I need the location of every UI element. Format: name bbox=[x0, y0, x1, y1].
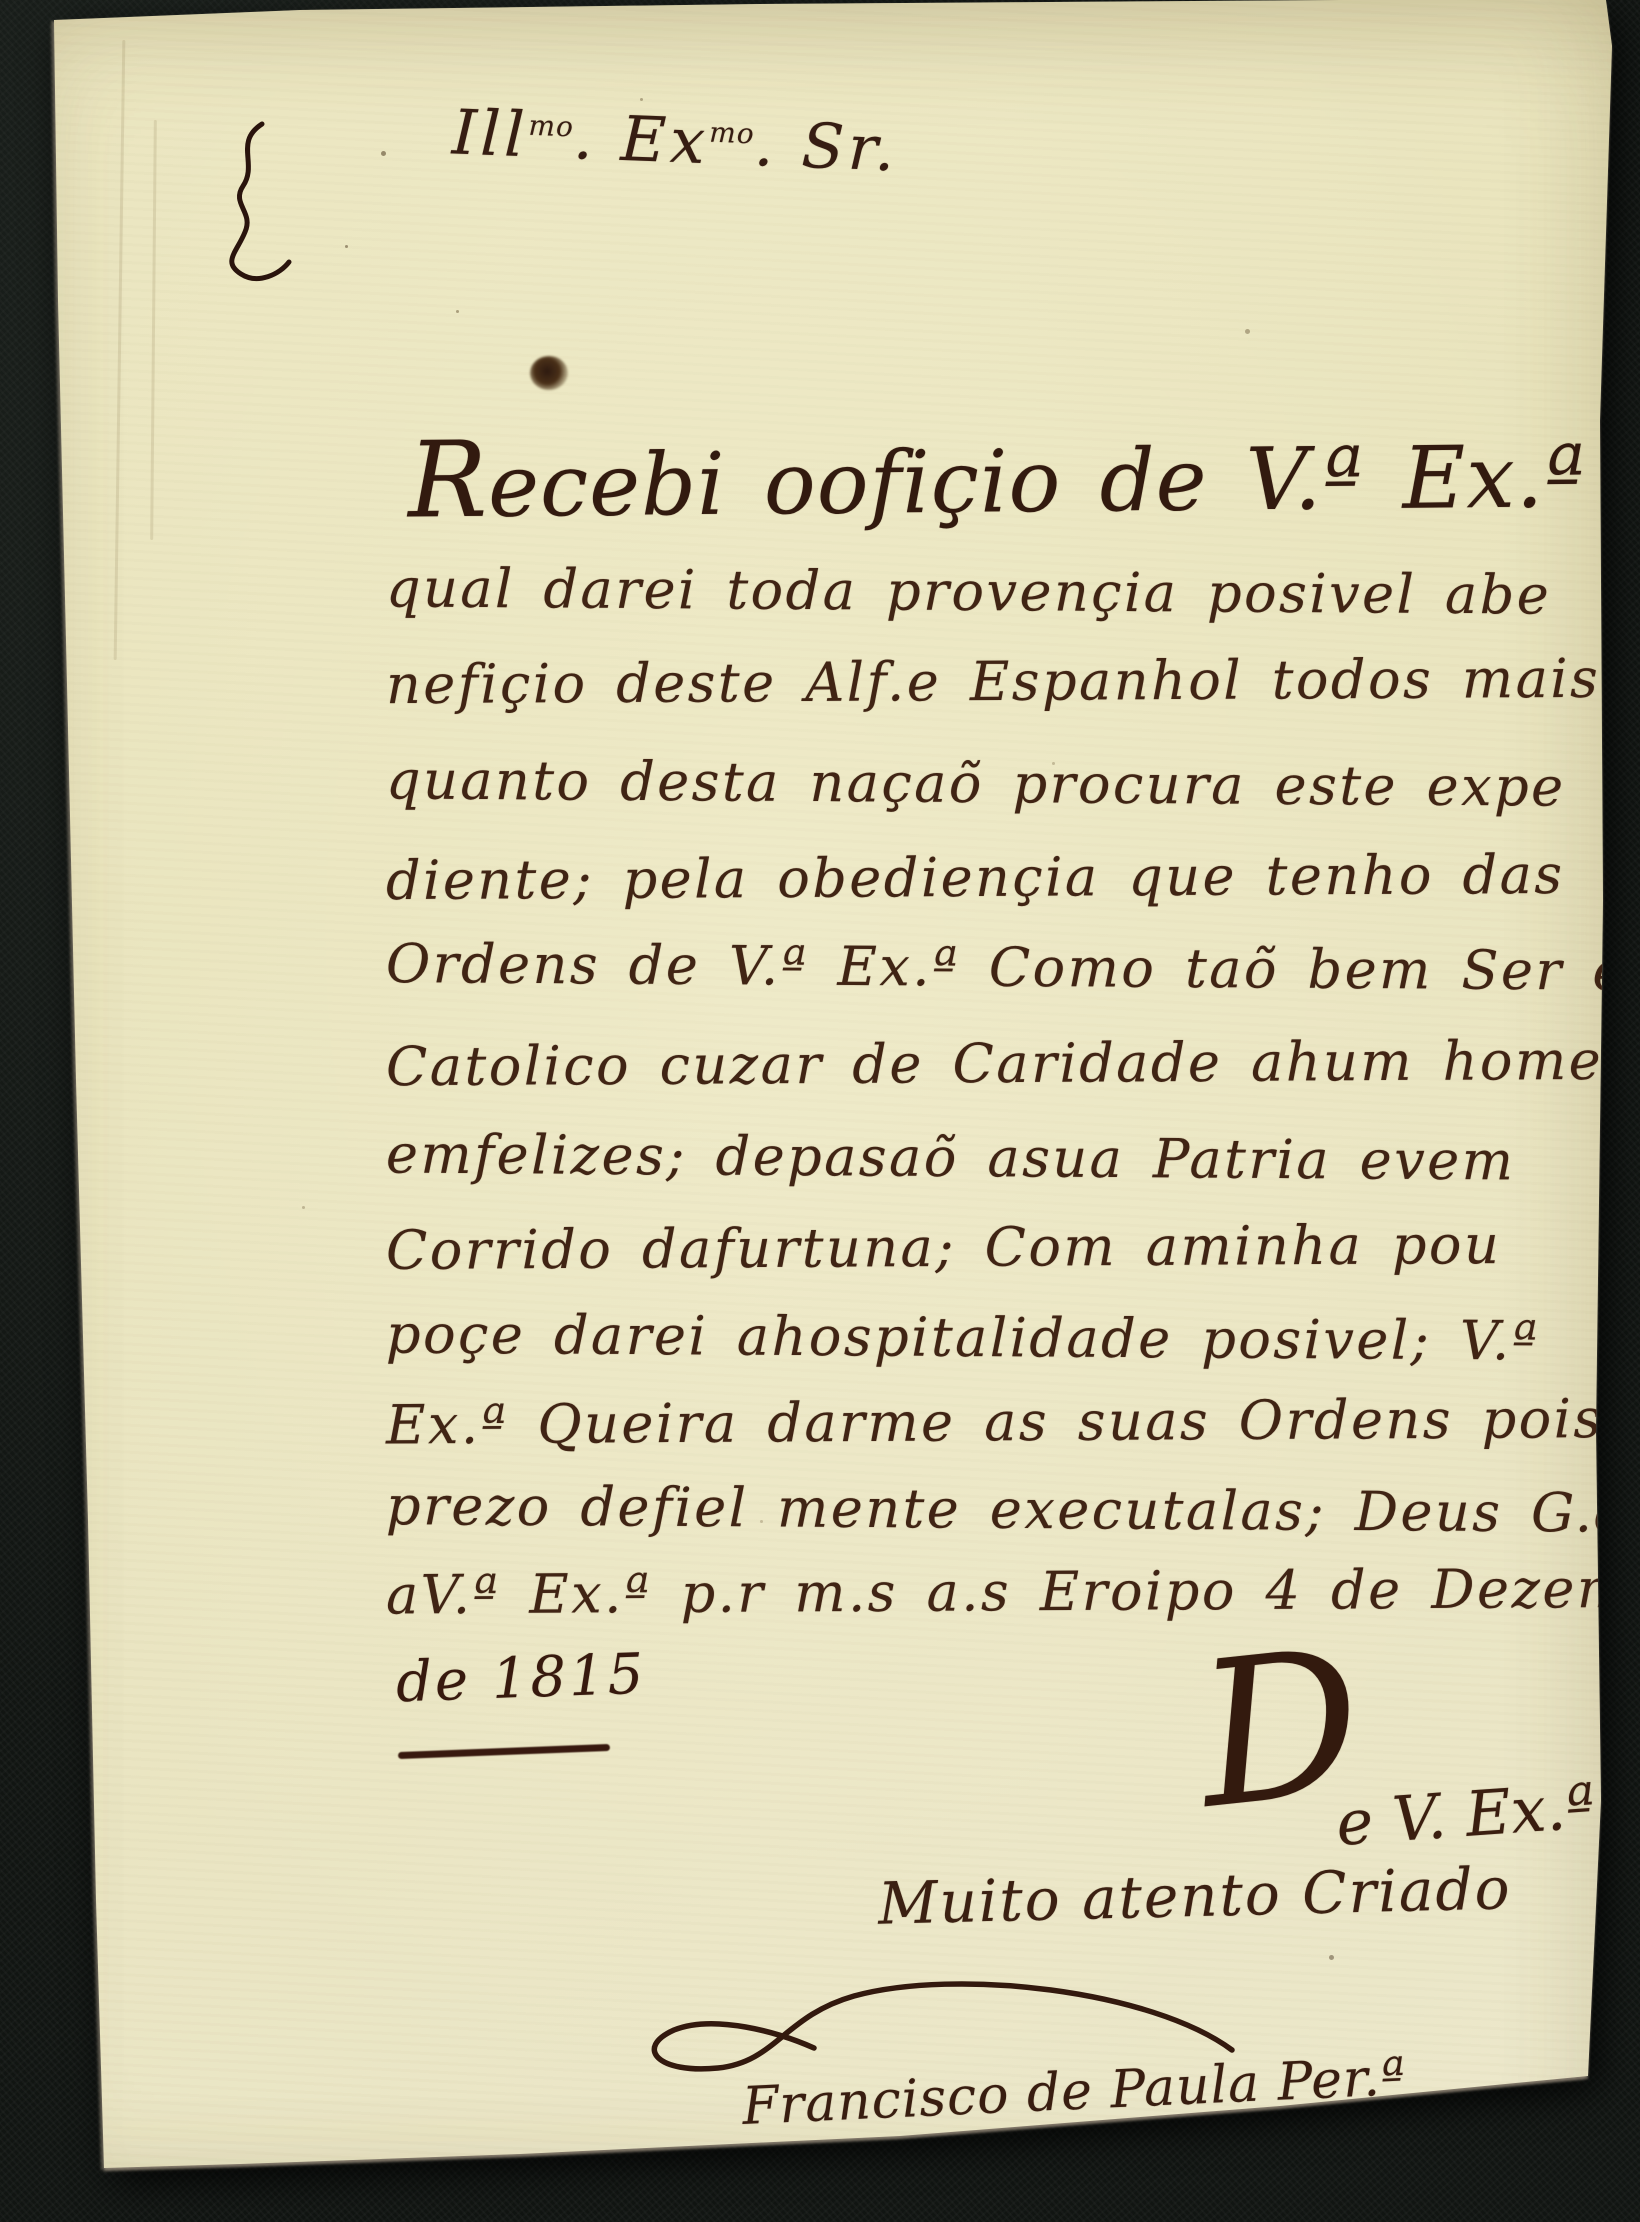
salutation-superscript: mo bbox=[709, 116, 755, 151]
body-line: aV.ª Ex.ª p.r m.s a.s Eroipo 4 de Dezemb… bbox=[386, 1556, 1640, 1626]
paper-crease bbox=[114, 40, 126, 660]
date-underline bbox=[398, 1744, 610, 1759]
body-line: qual darei toda provençia posivel abe bbox=[386, 556, 1552, 626]
salutation-word: Ill bbox=[451, 95, 530, 171]
paper-wrapper: Illmo. Exmo. Sr. Recebi oofiçio de V.ª E… bbox=[0, 0, 1640, 2222]
letter-paper: Illmo. Exmo. Sr. Recebi oofiçio de V.ª E… bbox=[0, 0, 1640, 2222]
body-line: Catolico cuzar de Caridade ahum homes bbox=[386, 1029, 1634, 1099]
salutation-word: Sr. bbox=[800, 109, 900, 186]
archival-squiggle-mark bbox=[212, 112, 352, 302]
salutation: Illmo. Exmo. Sr. bbox=[451, 95, 900, 185]
body-line: Corrido dafurtuna; Com aminha pou bbox=[386, 1213, 1502, 1282]
closing-monogram: D e V. Ex.ª bbox=[1200, 1630, 1360, 1830]
paper-specks bbox=[0, 0, 3, 3]
body-line: emfelizes; depasaõ asua Patria evem bbox=[386, 1123, 1516, 1193]
salutation-separator: . bbox=[572, 100, 622, 175]
body-line: quanto desta naçaõ procura este expe bbox=[386, 748, 1566, 818]
salutation-separator: . bbox=[753, 107, 803, 182]
salutation-word: Ex bbox=[619, 102, 710, 178]
body-line: Ex.ª Queira darme as suas Ordens pois me bbox=[386, 1387, 1640, 1457]
salutation-superscript: mo bbox=[528, 109, 574, 144]
date-line: de 1815 bbox=[395, 1642, 647, 1716]
photograph-background: Illmo. Exmo. Sr. Recebi oofiçio de V.ª E… bbox=[0, 0, 1640, 2222]
opening-line: Recebi oofiçio de V.ª Ex.ª o bbox=[407, 408, 1640, 541]
body-line: diente; pela obediençia que tenho das bbox=[386, 843, 1565, 912]
ink-blot-stain bbox=[530, 356, 568, 390]
monogram-rest: e V. Ex.ª bbox=[1334, 1769, 1598, 1860]
body-line: Ordens de V.ª Ex.ª Como taõ bem Ser eu bbox=[386, 932, 1640, 1003]
body-line: poçe darei ahospitalidade posivel; V.ª bbox=[386, 1302, 1540, 1372]
body-line: nefiçio deste Alf.e Espanhol todos mais bbox=[386, 647, 1601, 716]
paper-crease bbox=[150, 120, 157, 540]
body-line: prezo defiel mente executalas; Deus G.de bbox=[386, 1474, 1640, 1545]
valediction: Muito atento Criado bbox=[877, 1854, 1512, 1937]
